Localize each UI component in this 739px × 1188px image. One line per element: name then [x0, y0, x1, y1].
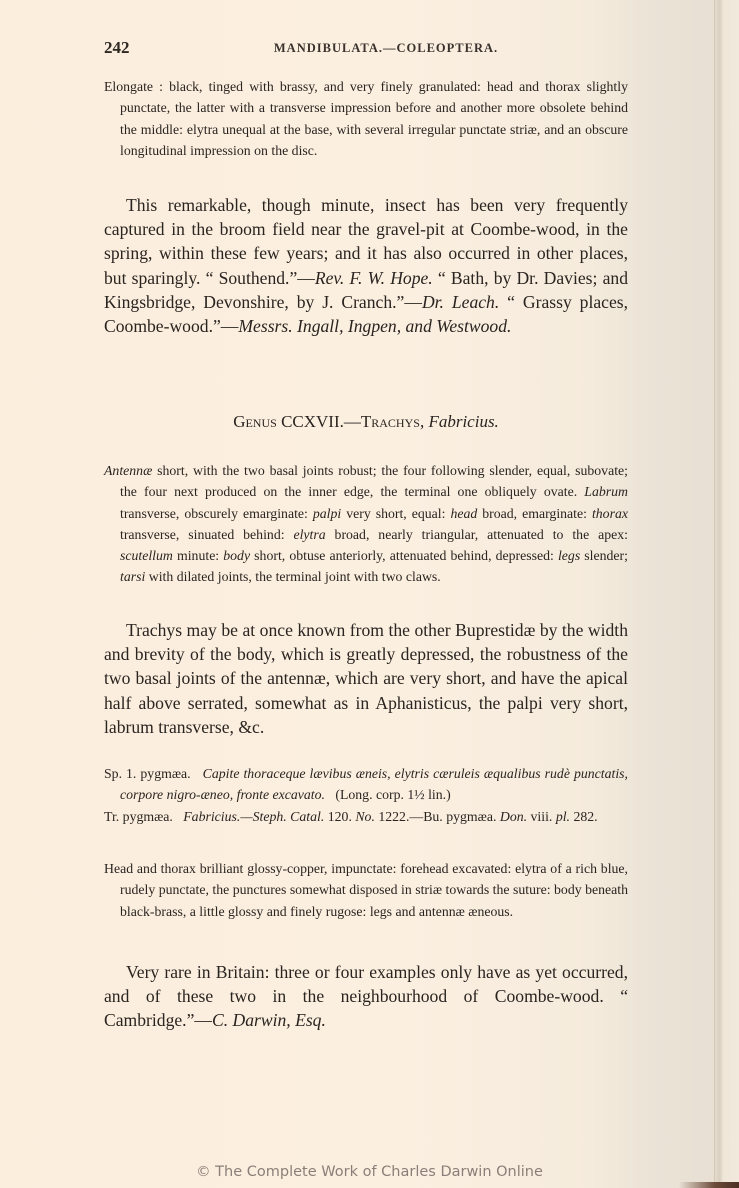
authority-hope: Rev. F. W. Hope. — [315, 268, 433, 288]
species-description-2: Head and thorax brilliant glossy-copper,… — [104, 858, 628, 922]
genus-label: Genus — [233, 412, 277, 431]
genus-characters-text: Antennæ short, with the two basal joints… — [104, 460, 628, 588]
species-label: Sp. 1. pygmæa. — [104, 766, 191, 781]
remarks-paragraph-1: This remarkable, though minute, insect h… — [104, 193, 628, 338]
remarks-text: This remarkable, though minute, insect h… — [104, 193, 628, 338]
genus-author: Fabricius. — [428, 412, 498, 431]
authority-darwin: C. Darwin, Esq. — [212, 1010, 326, 1030]
genus-name: Trachys, — [361, 412, 424, 431]
remarks-paragraph-3: Very rare in Britain: three or four exam… — [104, 960, 628, 1033]
description-text: Elongate : black, tinged with brassy, an… — [104, 76, 628, 161]
genus-number: CCXVII.— — [281, 412, 361, 431]
remarks-text-3: Very rare in Britain: three or four exam… — [104, 960, 628, 1033]
genus-characters: Antennæ short, with the two basal joints… — [104, 460, 628, 588]
page-header: 242 MANDIBULATA.—COLEOPTERA. — [104, 38, 628, 58]
running-title: MANDIBULATA.—COLEOPTERA. — [104, 41, 628, 56]
book-spine-shadow — [714, 0, 739, 1188]
remarks-paragraph-2: Trachys may be at once known from the ot… — [104, 618, 628, 739]
species-diagnosis: Sp. 1. pygmæa. Capite thoraceque lævibus… — [104, 763, 628, 806]
species-synonymy: Tr. pygmæa. Fabricius.—Steph. Catal. 120… — [104, 806, 628, 827]
description-text-2: Head and thorax brilliant glossy-copper,… — [104, 858, 628, 922]
synonymy-label: Tr. pygmæa. — [104, 809, 173, 824]
authority-leach: Dr. Leach. — [422, 292, 499, 312]
remarks-text-2: Trachys may be at once known from the ot… — [104, 618, 628, 739]
species-description-1: Elongate : black, tinged with brassy, an… — [104, 76, 628, 161]
authority-ingall: Messrs. Ingall, Ingpen, and Westwood. — [238, 316, 511, 336]
genus-heading: Genus CCXVII.—Trachys, Fabricius. — [104, 412, 628, 432]
book-binding-edge — [679, 1182, 739, 1188]
species-entry: Sp. 1. pygmæa. Capite thoraceque lævibus… — [104, 763, 628, 827]
body-length: (Long. corp. 1½ lin.) — [335, 787, 450, 802]
copyright-footer: © The Complete Work of Charles Darwin On… — [0, 1164, 739, 1180]
